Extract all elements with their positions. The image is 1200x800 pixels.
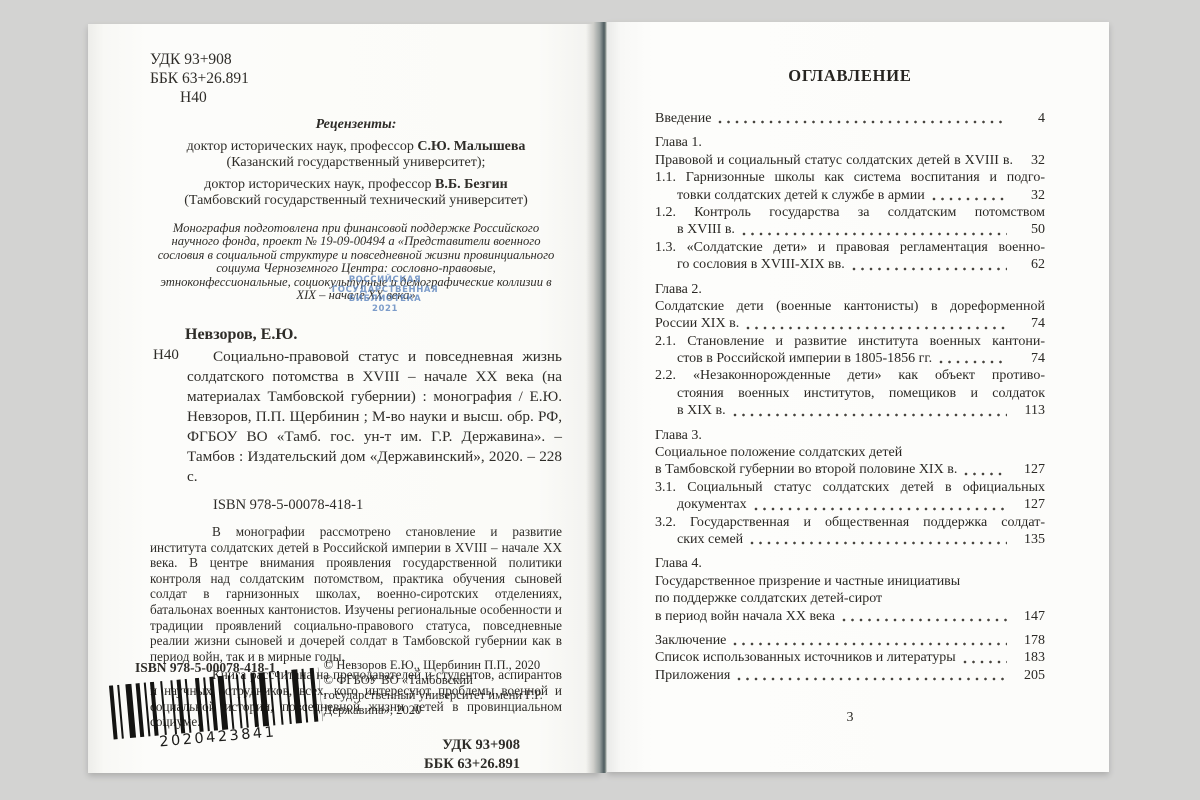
toc-page-number: 205 <box>1019 667 1045 684</box>
toc-entry-text: стов в Российской империи в 1805-1856 гг… <box>677 350 932 367</box>
copyright-university: © ФГБОУ ВО «Тамбовский государственный у… <box>324 673 564 718</box>
toc-page-number: 74 <box>1019 350 1045 367</box>
toc-page-number: 62 <box>1019 256 1045 273</box>
toc-entry-text: го сословия в XVIII-XIX вв. <box>677 256 845 273</box>
bbk-code-top: ББК 63+26.891 <box>150 69 562 88</box>
toc-row: России XIX в.74 <box>655 315 1045 332</box>
classification-codes-top: УДК 93+908 ББК 63+26.891 Н40 <box>150 50 562 107</box>
reviewer-2-affiliation: (Тамбовский государственный технический … <box>150 193 562 210</box>
toc-entry-text: Заключение <box>655 632 726 649</box>
toc-page-number: 183 <box>1019 649 1045 666</box>
page-number: 3 <box>655 710 1045 726</box>
toc-row: в XIX в.113 <box>655 402 1045 419</box>
toc-row: стов в Российской империи в 1805-1856 гг… <box>655 350 1045 367</box>
toc-gap <box>655 274 1045 281</box>
toc-gap <box>655 127 1045 134</box>
library-stamp: РОССИЙСКАЯ ГОСУДАРСТВЕННАЯ БИБЛИОТЕКА 20… <box>310 276 460 314</box>
toc-row: документах127 <box>655 496 1045 513</box>
toc-row: Государственное призрение и частные иниц… <box>655 573 1045 590</box>
reviewer-2: доктор исторических наук, профессор В.Б.… <box>150 177 562 194</box>
toc-dot-leader <box>718 119 1007 125</box>
toc-entry-text: Глава 2. <box>655 281 702 298</box>
toc-dot-leader <box>742 231 1007 237</box>
toc-row: 3.1. Социальный статус солдатских детей … <box>655 479 1045 496</box>
toc-entry-text: 2.1. Становление и развитие института во… <box>655 333 1045 350</box>
reviewers-heading: Рецензенты: <box>150 117 562 134</box>
toc-row: 3.2. Государственная и общественная подд… <box>655 514 1045 531</box>
toc-page-number: 4 <box>1019 110 1045 127</box>
book-gutter <box>586 22 607 773</box>
toc-entry-text: Глава 3. <box>655 427 702 444</box>
toc-page-number: 74 <box>1019 315 1045 332</box>
bibliographic-entry: Н40 Социально-правовой статус и повседне… <box>187 347 562 487</box>
toc-dot-leader <box>733 641 1007 647</box>
toc-page-number: 32 <box>1019 187 1045 204</box>
toc-dot-leader <box>750 540 1007 546</box>
annotation-paragraph-1: В монографии рассмотрено становление и р… <box>150 524 562 664</box>
toc-row: Введение4 <box>655 110 1045 127</box>
toc-entry-text: по поддержке солдатских детей-сирот <box>655 590 882 607</box>
toc-page-number: 178 <box>1019 632 1045 649</box>
toc-row: Глава 1. <box>655 134 1045 151</box>
toc-entry-text: стояния военных институтов, помещиков и … <box>677 385 1045 402</box>
toc-entry-text: в XVIII в. <box>677 221 735 238</box>
reviewer-1-title: доктор исторических наук, профессор <box>187 139 418 154</box>
toc-dot-leader <box>842 617 1007 623</box>
toc-row: Глава 3. <box>655 427 1045 444</box>
toc-entry-text: 1.1. Гарнизонные школы как система воспи… <box>655 169 1045 186</box>
toc-page-number: 135 <box>1019 531 1045 548</box>
toc-page-number: 147 <box>1019 608 1045 625</box>
reviewers-block: Рецензенты: доктор исторических наук, пр… <box>150 117 562 210</box>
toc-row: по поддержке солдатских детей-сирот <box>655 590 1045 607</box>
toc-entry-text: Список использованных источников и литер… <box>655 649 956 666</box>
copyright-block: © Невзоров Е.Ю., Щербинин П.П., 2020 © Ф… <box>324 658 564 718</box>
toc-row: Список использованных источников и литер… <box>655 649 1045 666</box>
toc-entry-text: в XIX в. <box>677 402 726 419</box>
bibliographic-description: Социально-правовой статус и повседневная… <box>187 347 562 487</box>
right-page: ОГЛАВЛЕНИЕ Введение4Глава 1.Правовой и с… <box>607 22 1109 772</box>
toc-row: 1.1. Гарнизонные школы как система воспи… <box>655 169 1045 186</box>
toc-entry-text: 1.2. Контроль государства за солдатским … <box>655 204 1045 221</box>
toc-entry-text: товки солдатских детей к службе в армии <box>677 187 925 204</box>
reviewer-2-name: В.Б. Безгин <box>435 177 508 192</box>
toc-dot-leader <box>852 266 1007 272</box>
toc-row: 1.3. «Солдатские дети» и правовая реглам… <box>655 239 1045 256</box>
toc-entry-text: Социальное положение солдатских детей <box>655 444 902 461</box>
stamp-year: 2021 <box>310 305 460 315</box>
toc-row: в период войн начала XX века147 <box>655 608 1045 625</box>
toc-entry-text: 1.3. «Солдатские дети» и правовая реглам… <box>655 239 1045 256</box>
toc-entry-text: России XIX в. <box>655 315 739 332</box>
reviewer-1-name: С.Ю. Малышева <box>417 139 525 154</box>
toc-page-number: 127 <box>1019 461 1045 478</box>
toc-row: Солдатские дети (военные кантонисты) в д… <box>655 298 1045 315</box>
toc-page-number: 50 <box>1019 221 1045 238</box>
toc-row: го сословия в XVIII-XIX вв.62 <box>655 256 1045 273</box>
toc-entry-text: Глава 1. <box>655 134 702 151</box>
author-heading: Невзоров, Е.Ю. <box>185 325 562 345</box>
reviewer-1-affiliation: (Казанский государственный университет); <box>150 155 562 172</box>
toc-row: Глава 2. <box>655 281 1045 298</box>
toc-entry-text: 3.2. Государственная и общественная подд… <box>655 514 1045 531</box>
toc-page-number: 127 <box>1019 496 1045 513</box>
catalog-code: Н40 <box>153 347 179 364</box>
toc-dot-leader <box>737 676 1007 682</box>
toc-entry-text: в Тамбовской губернии во второй половине… <box>655 461 957 478</box>
isbn-mid: ISBN 978-5-00078-418-1 <box>213 496 562 515</box>
toc-gap <box>655 548 1045 555</box>
toc-page-number: 32 <box>1019 152 1045 169</box>
toc-row: 2.2. «Незаконнорожденные дети» как объек… <box>655 367 1045 384</box>
toc-row: товки солдатских детей к службе в армии3… <box>655 187 1045 204</box>
toc-entry-text: 2.2. «Незаконнорожденные дети» как объек… <box>655 367 1045 384</box>
toc-dot-leader <box>733 412 1007 418</box>
reviewer-2-title: доктор исторических наук, профессор <box>204 177 435 192</box>
toc-entry-text: Приложения <box>655 667 730 684</box>
catalog-code-top: Н40 <box>180 88 562 107</box>
toc-dot-leader <box>754 506 1007 512</box>
toc-gap <box>655 625 1045 632</box>
bbk-code-bottom: ББК 63+26.891 <box>150 755 520 774</box>
toc-entry-text: ских семей <box>677 531 743 548</box>
toc-row: стояния военных институтов, помещиков и … <box>655 385 1045 402</box>
toc-row: Социальное положение солдатских детей <box>655 444 1045 461</box>
toc-entry-text: в период войн начала XX века <box>655 608 835 625</box>
toc-entry-text: Государственное призрение и частные иниц… <box>655 573 960 590</box>
toc-row: ских семей135 <box>655 531 1045 548</box>
toc-entry-text: Правовой и социальный статус солдатских … <box>655 152 1013 169</box>
toc-dot-leader <box>963 659 1007 665</box>
toc-entry-text: документах <box>677 496 747 513</box>
toc-entry-text: 3.1. Социальный статус солдатских детей … <box>655 479 1045 496</box>
copyright-authors: © Невзоров Е.Ю., Щербинин П.П., 2020 <box>324 658 564 673</box>
toc-row: в XVIII в.50 <box>655 221 1045 238</box>
toc-row: Правовой и социальный статус солдатских … <box>655 152 1045 169</box>
left-page: УДК 93+908 ББК 63+26.891 Н40 Рецензенты:… <box>88 24 600 773</box>
toc-list: Введение4Глава 1.Правовой и социальный с… <box>655 110 1045 684</box>
toc-row: Заключение178 <box>655 632 1045 649</box>
toc-page-number: 113 <box>1019 402 1045 419</box>
toc-entry-text: Солдатские дети (военные кантонисты) в д… <box>655 298 1045 315</box>
reviewer-1: доктор исторических наук, профессор С.Ю.… <box>150 139 562 156</box>
udk-code-top: УДК 93+908 <box>150 50 562 69</box>
toc-title: ОГЛАВЛЕНИЕ <box>655 66 1045 86</box>
toc-gap <box>655 420 1045 427</box>
toc-dot-leader <box>939 359 1007 365</box>
toc-entry-text: Глава 4. <box>655 555 702 572</box>
toc-dot-leader <box>746 325 1007 331</box>
toc-row: в Тамбовской губернии во второй половине… <box>655 461 1045 478</box>
toc-dot-leader <box>932 196 1007 202</box>
toc-row: 1.2. Контроль государства за солдатским … <box>655 204 1045 221</box>
toc-row: Приложения205 <box>655 667 1045 684</box>
toc-row: Глава 4. <box>655 555 1045 572</box>
toc-row: 2.1. Становление и развитие института во… <box>655 333 1045 350</box>
toc-entry-text: Введение <box>655 110 711 127</box>
toc-dot-leader <box>964 471 1007 477</box>
